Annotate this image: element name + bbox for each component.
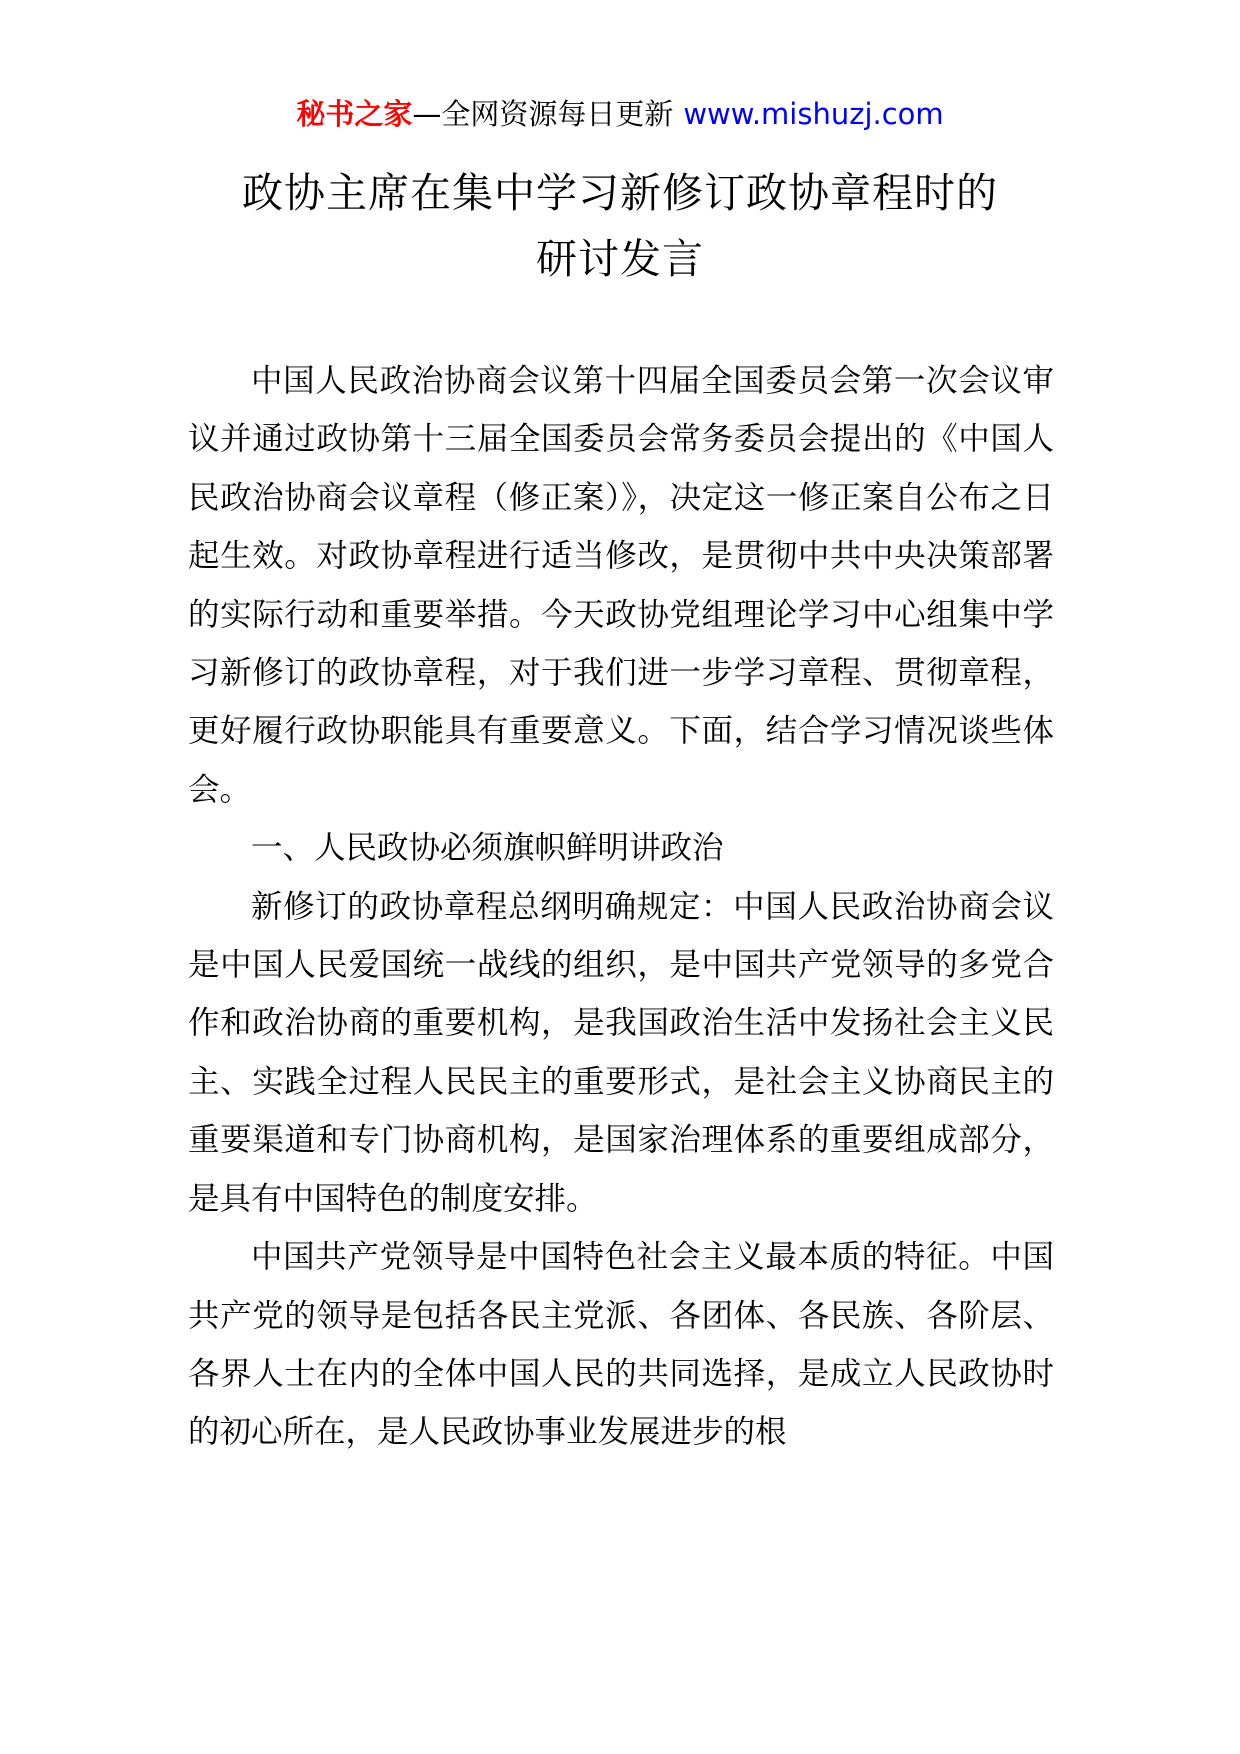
paragraph-intro: 中国人民政治协商会议第十四届全国委员会第一次会议审议并通过政协第十三届全国委员会… [188,352,1054,819]
title-line-1: 政协主席在集中学习新修订政协章程时的 [0,160,1240,226]
banner-slogan: —全网资源每日更新 [412,97,673,131]
document-body: 中国人民政治协商会议第十四届全国委员会第一次会议审议并通过政协第十三届全国委员会… [188,352,1054,1462]
site-banner: 秘书之家—全网资源每日更新www.mishuzj.com [0,94,1240,134]
section-heading-1: 一、人民政协必须旗帜鲜明讲政治 [188,819,1054,877]
site-url-link[interactable]: www.mishuzj.com [683,97,943,131]
document-title: 政协主席在集中学习新修订政协章程时的 研讨发言 [0,160,1240,292]
paragraph-party-leadership: 中国共产党领导是中国特色社会主义最本质的特征。中国共产党的领导是包括各民主党派、… [188,1228,1054,1462]
paragraph-charter-definition: 新修订的政协章程总纲明确规定：中国人民政治协商会议是中国人民爱国统一战线的组织，… [188,878,1054,1228]
title-line-2: 研讨发言 [0,226,1240,292]
brand-name: 秘书之家 [296,97,412,131]
